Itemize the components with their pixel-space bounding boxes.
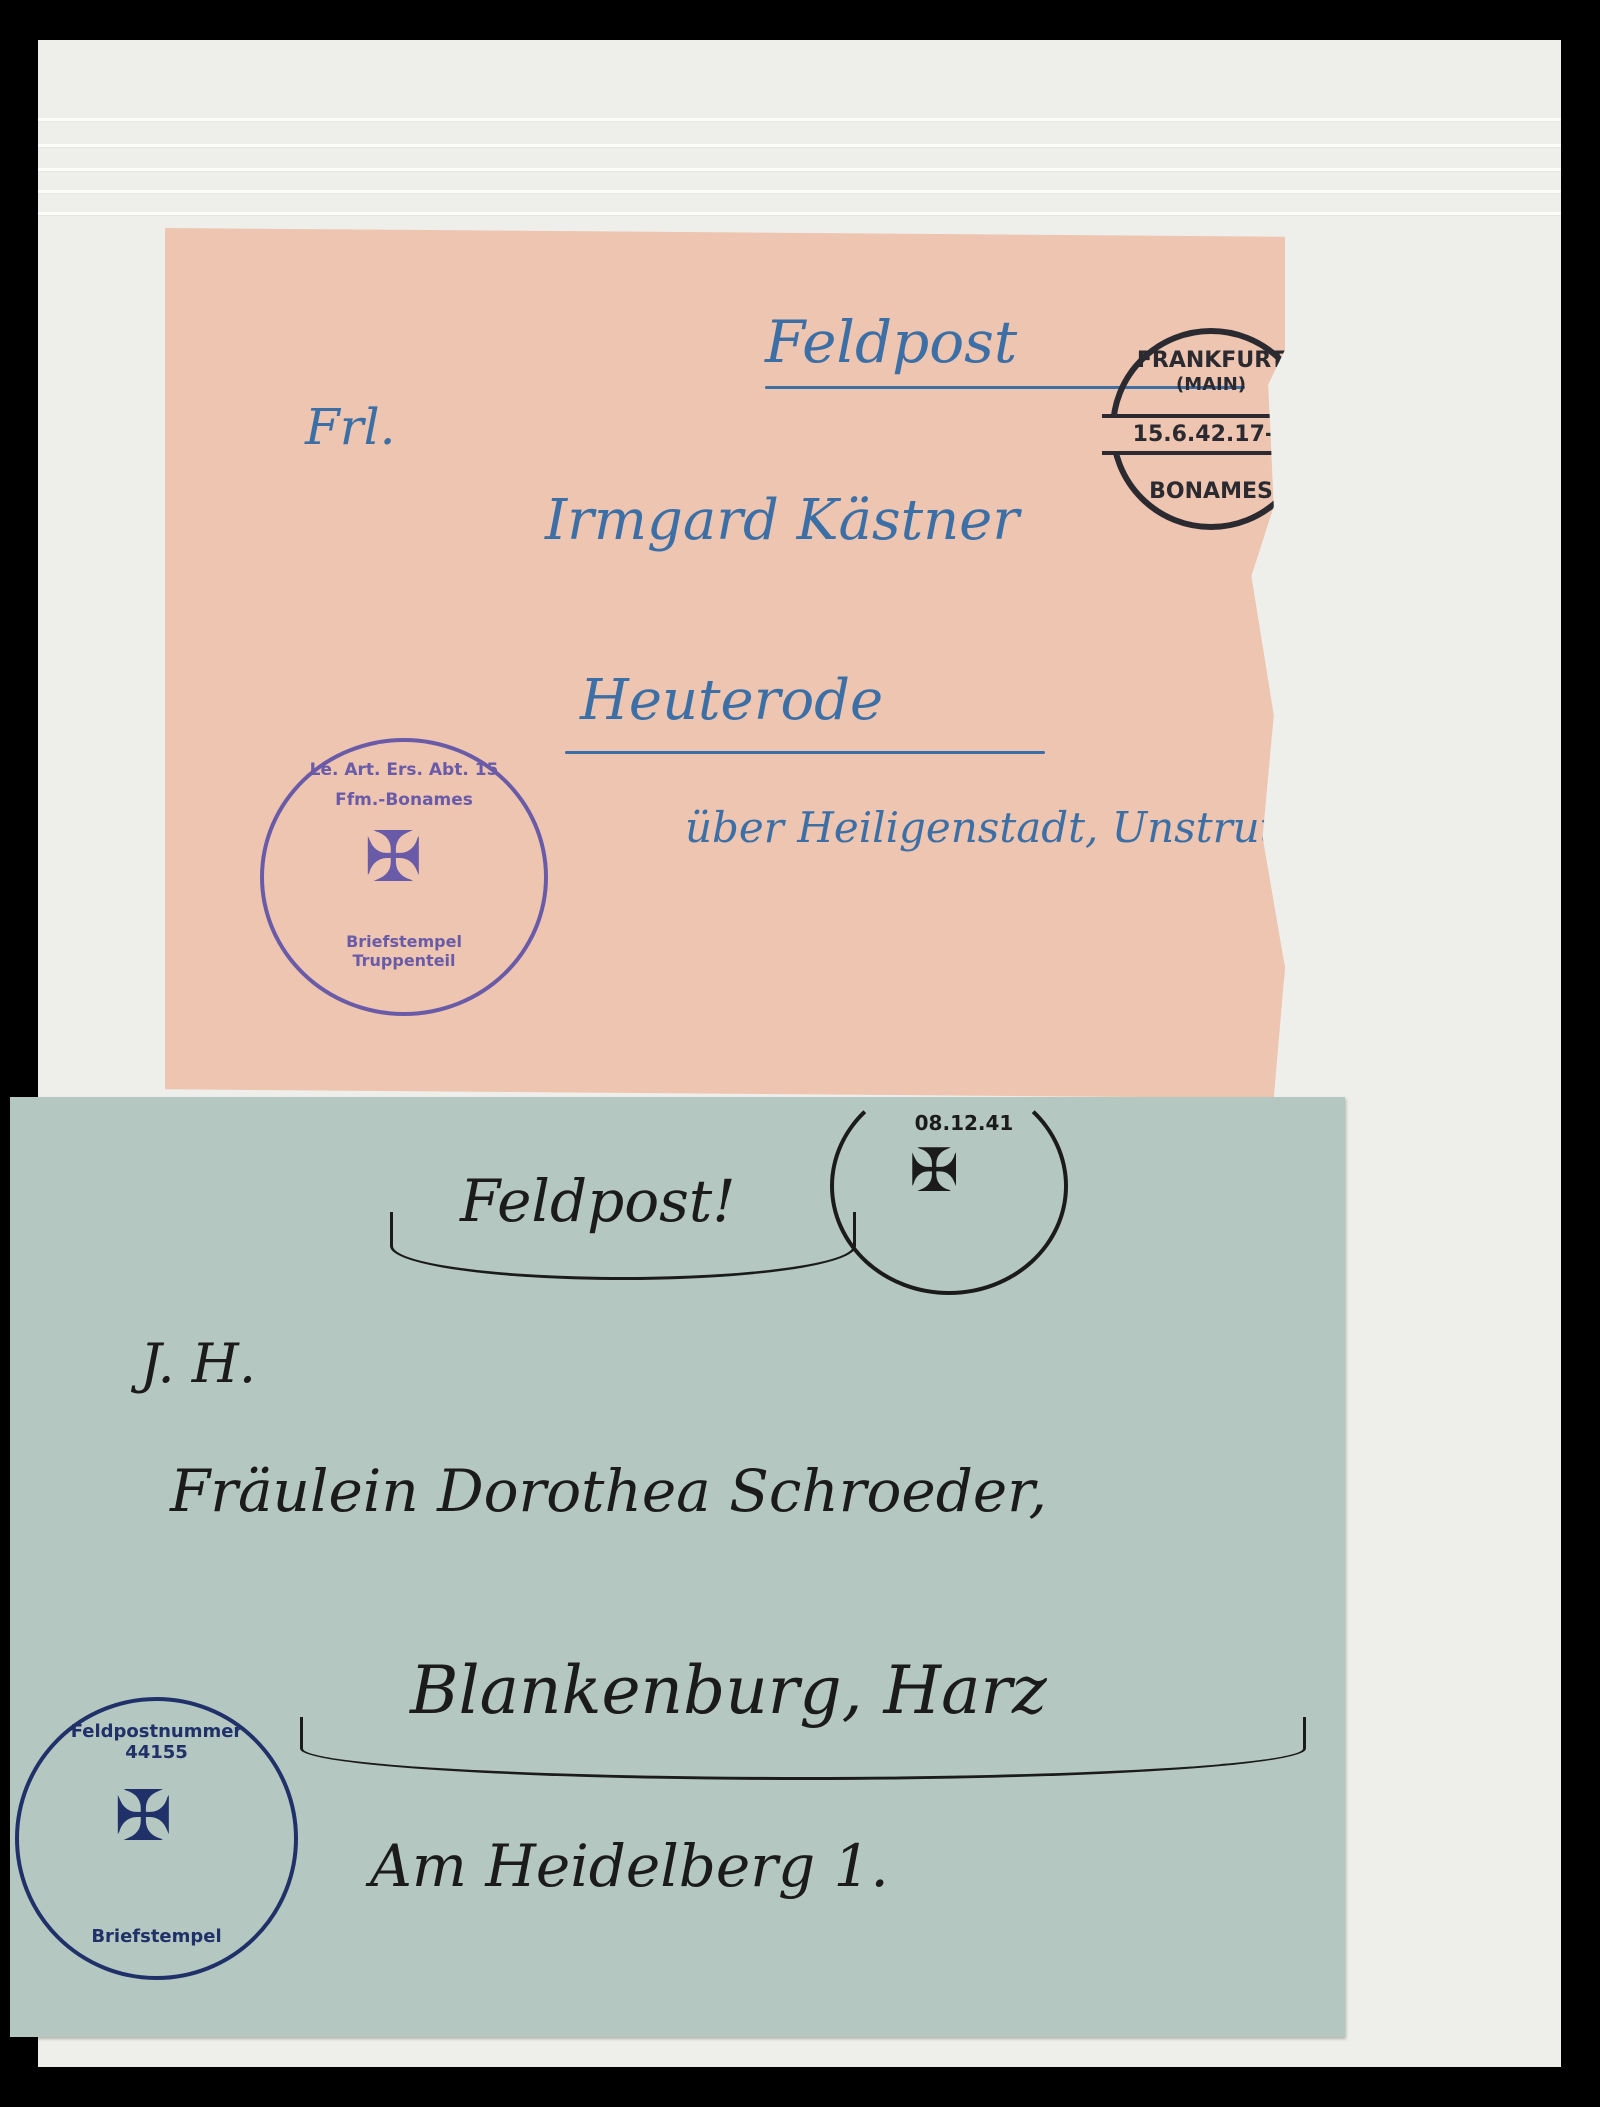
eagle-emblem-icon: ✠ [114,1781,173,1851]
feldpost-heading: Feldpost [765,308,1017,376]
eagle-emblem-icon: ✠ [364,822,423,892]
unit-stamp: Le. Art. Ers. Abt. 15 Ffm.-Bonames ✠ Bri… [260,738,548,1016]
album-rule [38,144,1561,147]
salutation: Frl. [305,398,395,456]
eagle-emblem-icon: ✠ [909,1141,959,1201]
album-rule [38,190,1561,193]
envelope-top: Feldpost Frl. Irmgard Kästner Heuterode … [165,228,1285,1098]
town-flourish [300,1717,1306,1780]
recipient-street: Am Heidelberg 1. [370,1832,889,1900]
unit-stamp: Feldpostnummer 44155 ✠ Briefstempel [15,1697,298,1980]
album-rule [38,118,1561,121]
envelope-bottom: Feldpost! J. H. Fräulein Dorothea Schroe… [10,1097,1345,2037]
field-post-postmark: 08.12.41 ✠ [830,1077,1068,1295]
town-underline [565,751,1045,754]
recipient-town: Heuterode [580,668,883,733]
recipient-route: über Heiligenstadt, Unstrut [685,803,1277,852]
recipient-name: Fräulein Dorothea Schroeder, [170,1457,1047,1525]
album-rule [38,168,1561,171]
heading-flourish [390,1212,856,1280]
album-rule [38,212,1561,215]
recipient-name: Irmgard Kästner [545,488,1019,553]
salutation: J. H. [140,1332,256,1395]
